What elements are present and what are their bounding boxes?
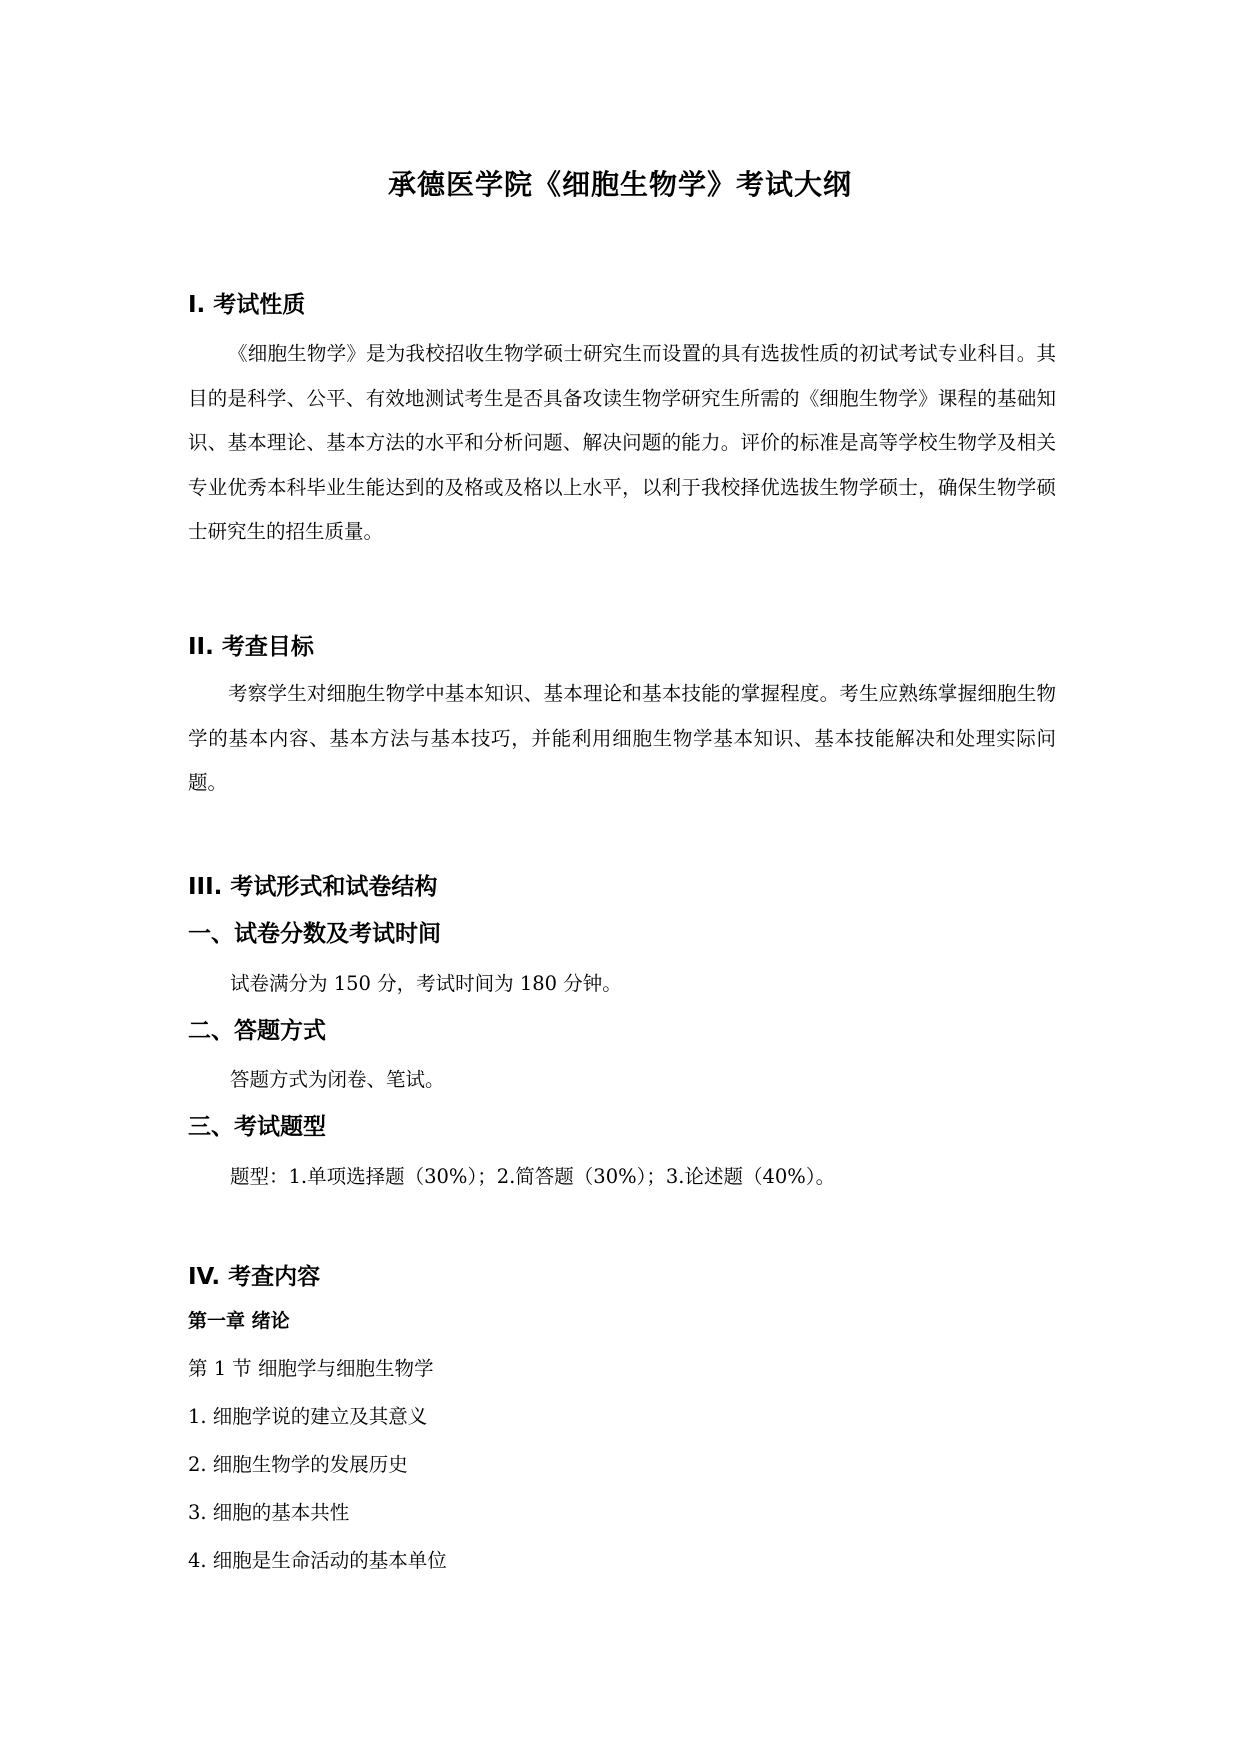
section-title: 第 1 节 细胞学与细胞生物学 bbox=[188, 1353, 434, 1381]
subsection-text-question-types: 题型：1.单项选择题（30%）；2.简答题（30%）；3.论述题（40%）。 bbox=[230, 1161, 835, 1189]
section-paragraph-2: 考察学生对细胞生物学中基本知识、基本理论和基本技能的掌握程度。考生应熟练掌握细胞… bbox=[188, 672, 1056, 806]
subsection-heading-score-time: 一、试卷分数及考试时间 bbox=[188, 915, 441, 948]
content-item: 1. 细胞学说的建立及其意义 bbox=[188, 1401, 427, 1429]
section-heading-2: II. 考查目标 bbox=[188, 628, 314, 661]
subsection-text-score-time: 试卷满分为 150 分，考试时间为 180 分钟。 bbox=[230, 968, 622, 996]
subsection-heading-question-types: 三、考试题型 bbox=[188, 1108, 326, 1141]
content-item: 3. 细胞的基本共性 bbox=[188, 1497, 349, 1525]
subsection-text-answer-method: 答题方式为闭卷、笔试。 bbox=[230, 1064, 445, 1092]
section-heading-3: III. 考试形式和试卷结构 bbox=[188, 868, 437, 901]
section-heading-4: IV. 考查内容 bbox=[188, 1258, 320, 1291]
section-paragraph-1: 《细胞生物学》是为我校招收生物学硕士研究生而设置的具有选拔性质的初试考试专业科目… bbox=[188, 332, 1056, 555]
document-page: 承德医学院《细胞生物学》考试大纲 I. 考试性质 《细胞生物学》是为我校招收生物… bbox=[0, 0, 1240, 1754]
content-item: 4. 细胞是生命活动的基本单位 bbox=[188, 1545, 447, 1573]
content-item: 2. 细胞生物学的发展历史 bbox=[188, 1449, 408, 1477]
subsection-heading-answer-method: 二、答题方式 bbox=[188, 1012, 326, 1045]
document-title: 承德医学院《细胞生物学》考试大纲 bbox=[0, 163, 1240, 203]
section-heading-1: I. 考试性质 bbox=[188, 286, 305, 319]
chapter-heading: 第一章 绪论 bbox=[188, 1306, 290, 1333]
